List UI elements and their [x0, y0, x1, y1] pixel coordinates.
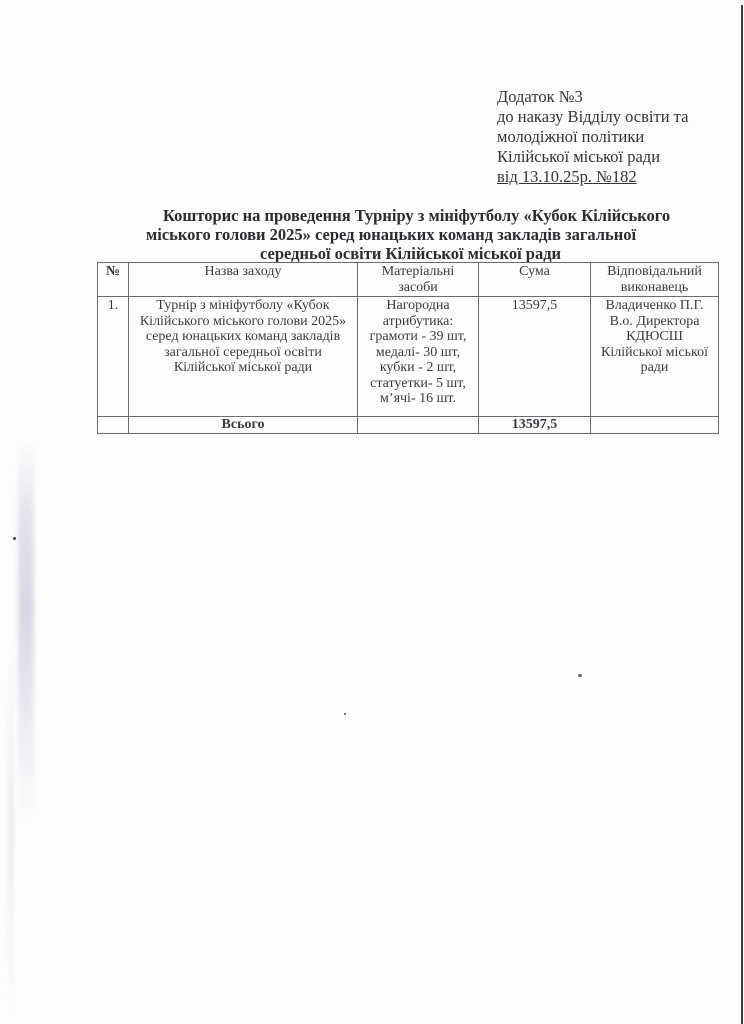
total-cell-num [98, 417, 129, 434]
header-num: № [98, 263, 129, 297]
header-materials-line: Матеріальні [360, 264, 476, 280]
appendix-number: Додаток №3 [497, 87, 688, 107]
appendix-date: від 13.10.25р. №182 [497, 167, 688, 187]
title-line-2: міського голови 2025» серед юнацьких ком… [130, 225, 720, 244]
cell-line: В.о. Директора [593, 314, 716, 330]
cell-materials: Нагородна атрибутика: грамоти - 39 шт, м… [358, 297, 479, 417]
cell-num: 1. [98, 297, 129, 417]
cell-name: Турнір з мініфутболу «Кубок Кілійського … [129, 297, 358, 417]
header-responsible-line: виконавець [593, 280, 716, 296]
cell-line: медалі- 30 шт, [360, 345, 476, 361]
total-sum: 13597,5 [479, 417, 591, 434]
cell-line: кубки - 2 шт, [360, 360, 476, 376]
table-total-row: Всього 13597,5 [98, 417, 719, 434]
cell-line: Кілійської міської [593, 345, 716, 361]
scan-smudge [18, 440, 34, 820]
cell-line: Кілійського міського голови 2025» [131, 314, 355, 330]
cell-line: Кілійської міської ради [131, 360, 355, 376]
header-name: Назва заходу [129, 263, 358, 297]
scan-smudge [8, 640, 14, 1020]
estimate-table: № Назва заходу Матеріальні засоби Сума В… [97, 262, 719, 434]
appendix-council: Кілійської міської ради [497, 147, 688, 167]
scan-speck [13, 537, 16, 540]
header-responsible: Відповідальний виконавець [591, 263, 719, 297]
cell-responsible: Владиченко П.Г. В.о. Директора КДЮСШ Кіл… [591, 297, 719, 417]
header-sum: Сума [479, 263, 591, 297]
title-line-1: Кошторис на проведення Турніру з мініфут… [130, 206, 720, 225]
header-materials: Матеріальні засоби [358, 263, 479, 297]
scan-edge [741, 5, 743, 1024]
total-label: Всього [129, 417, 358, 434]
cell-line: грамоти - 39 шт, [360, 329, 476, 345]
appendix-dept: молодіжної політики [497, 127, 688, 147]
cell-line: атрибутика: [360, 314, 476, 330]
scan-speck [578, 674, 582, 677]
header-materials-line: засоби [360, 280, 476, 296]
cell-line: статуетки- 5 шт, [360, 376, 476, 392]
document-title: Кошторис на проведення Турніру з мініфут… [130, 206, 720, 263]
appendix-header: Додаток №3 до наказу Відділу освіти та м… [497, 87, 688, 187]
scan-speck [344, 713, 346, 715]
total-cell-responsible [591, 417, 719, 434]
table-row: 1. Турнір з мініфутболу «Кубок Кілійсько… [98, 297, 719, 417]
total-cell-materials [358, 417, 479, 434]
header-responsible-line: Відповідальний [593, 264, 716, 280]
cell-line: Владиченко П.Г. [593, 298, 716, 314]
cell-line: Турнір з мініфутболу «Кубок [131, 298, 355, 314]
scanned-page: Додаток №3 до наказу Відділу освіти та м… [0, 0, 744, 1024]
cell-line: ради [593, 360, 716, 376]
table-header-row: № Назва заходу Матеріальні засоби Сума В… [98, 263, 719, 297]
title-line-3: середньої освіти Кілійської міської ради [130, 244, 720, 263]
cell-line: серед юнацьких команд закладів [131, 329, 355, 345]
cell-line: м’ячі- 16 шт. [360, 391, 476, 407]
cell-line: Нагородна [360, 298, 476, 314]
cell-line: загальної середньої освіти [131, 345, 355, 361]
cell-line: КДЮСШ [593, 329, 716, 345]
appendix-order-ref: до наказу Відділу освіти та [497, 107, 688, 127]
cell-sum: 13597,5 [479, 297, 591, 417]
